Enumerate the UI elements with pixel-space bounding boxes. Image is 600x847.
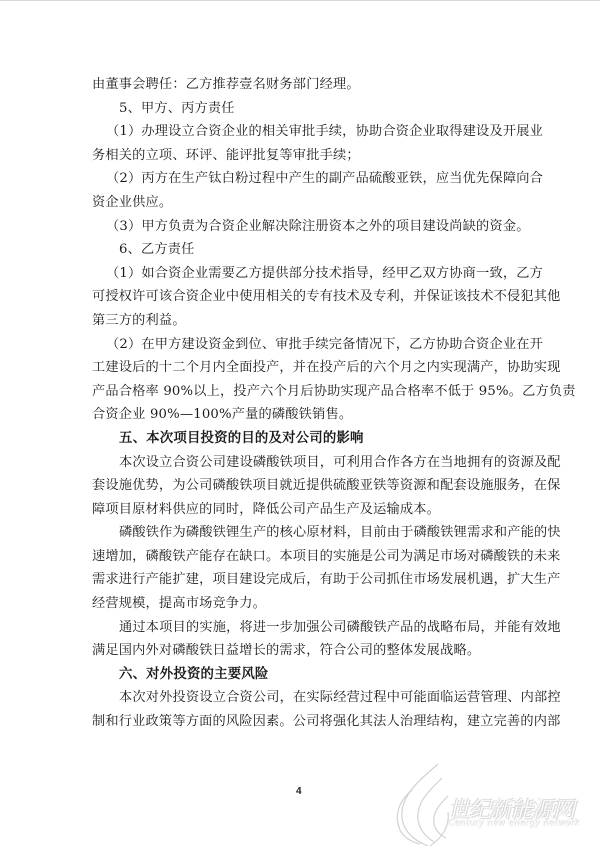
section-item-5-title: 5、甲方、丙方责任	[92, 97, 508, 121]
top-border-rule	[0, 0, 600, 1]
text-line: 本次设立合资公司建设磷酸铁项目，可利用合作各方在当地拥有的资源及配	[92, 451, 508, 475]
text-line: 由董事会聘任：乙方推荐壹名财务部门经理。	[92, 73, 508, 97]
page-number: 4	[296, 786, 302, 797]
section-item-6-title: 6、乙方责任	[92, 238, 508, 262]
watermark-subtitle: Century new energy network	[448, 818, 580, 828]
text-line: 资企业供应。	[92, 191, 508, 215]
text-line: 经营规模，提高市场竞争力。	[92, 592, 508, 616]
document-page-body: 由董事会聘任：乙方推荐壹名财务部门经理。 5、甲方、丙方责任 （1）办理设立合资…	[92, 73, 508, 734]
text-line: 需求进行产能扩建，项目建设完成后，有助于公司抓住市场发展机遇，扩大生产	[92, 568, 508, 592]
section-heading-6: 六、对外投资的主要风险	[92, 663, 508, 687]
text-line: 本次对外投资设立合资公司，在实际经营过程中可能面临运营管理、内部控	[92, 686, 508, 710]
watermark: 世纪新能源网 Century new energy network	[390, 760, 600, 847]
text-line: 通过本项目的实施，将进一步加强公司磷酸铁产品的战略布局，并能有效地	[92, 616, 508, 640]
text-line: （1）办理设立合资企业的相关审批手续，协助合资企业取得建设及开展业	[92, 120, 508, 144]
text-line: 满足国内外对磷酸铁日益增长的需求，符合公司的整体发展战略。	[92, 639, 508, 663]
text-line: 务相关的立项、环评、能评批复等审批手续；	[92, 144, 508, 168]
text-line: 工建设后的十二个月内全面投产，并在投产后的六个月之内实现满产，协助实现	[92, 356, 508, 380]
text-line: 套设施优势，为公司磷酸铁项目就近提供硫酸亚铁等资源和配套设施服务，在保	[92, 474, 508, 498]
text-line: 第三方的利益。	[92, 309, 508, 333]
text-line: （1）如合资企业需要乙方提供部分技术指导，经甲乙双方协商一致，乙方	[92, 262, 508, 286]
text-line: 合资企业 90%—100%产量的磷酸铁销售。	[92, 403, 508, 427]
text-line: （2）丙方在生产钛白粉过程中产生的副产品硫酸亚铁，应当优先保障向合	[92, 167, 508, 191]
text-line: 可授权许可该合资企业中使用相关的专有技术及专利，并保证该技术不侵犯其他	[92, 285, 508, 309]
section-heading-5: 五、本次项目投资的目的及对公司的影响	[92, 427, 508, 451]
text-line: 产品合格率 90%以上，投产六个月后协助实现产品合格率不低于 95%。乙方负责	[92, 380, 508, 404]
text-line: （3）甲方负责为合资企业解决除注册资本之外的项目建设尚缺的资金。	[92, 215, 508, 239]
text-line: （2）在甲方建设资金到位、审批手续完备情况下，乙方协助合资企业在开	[92, 333, 508, 357]
text-line: 磷酸铁作为磷酸铁锂生产的核心原材料，目前由于磷酸铁锂需求和产能的快	[92, 521, 508, 545]
text-line: 制和行业政策等方面的风险因素。公司将强化其法人治理结构，建立完善的内部	[92, 710, 508, 734]
text-line: 障项目原材料供应的同时，降低公司产品生产及运输成本。	[92, 498, 508, 522]
text-line: 速增加，磷酸铁产能存在缺口。本项目的实施是公司为满足市场对磷酸铁的未来	[92, 545, 508, 569]
